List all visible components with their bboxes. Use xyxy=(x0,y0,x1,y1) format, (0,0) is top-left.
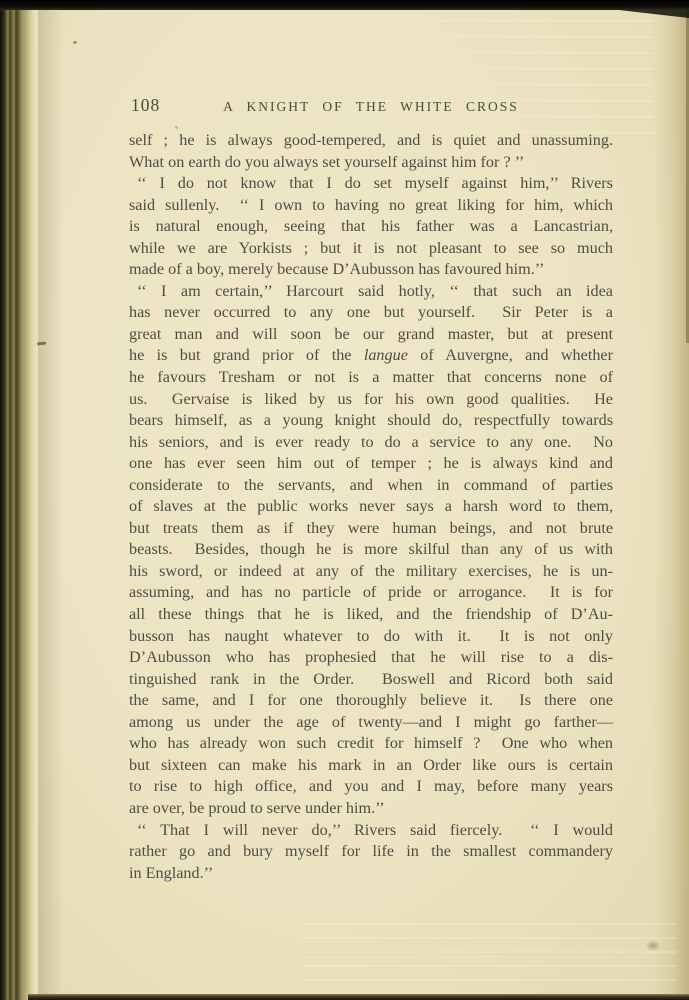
smudge-mark xyxy=(645,940,661,951)
text-line: he favours Tresham or not is a matter th… xyxy=(129,367,613,389)
text-line: bears himself, as a young knight should … xyxy=(129,410,613,432)
text-line: but sixteen can make his mark in an Orde… xyxy=(129,755,613,777)
italic-text: langue xyxy=(364,346,408,364)
ink-speck xyxy=(175,126,178,129)
text-segment: bears himself, as a young knight should … xyxy=(129,411,613,429)
text-segment: said sullenly. ‘‘ I own to having no gre… xyxy=(129,196,613,214)
text-segment: ‘‘ I do not know that I do set myself ag… xyxy=(137,174,613,192)
text-line: his seniors, and is ever ready to do a s… xyxy=(129,432,613,454)
text-segment: assuming, and has no particle of pride o… xyxy=(129,583,613,601)
text-line: but treats them as if they were human be… xyxy=(129,518,613,540)
text-line: ‘‘ I do not know that I do set myself ag… xyxy=(129,173,613,195)
text-segment: D’Aubusson who has prophesied that he wi… xyxy=(129,648,613,666)
text-segment: but sixteen can make his mark in an Orde… xyxy=(129,756,613,774)
text-line: he is but grand prior of the langue of A… xyxy=(129,345,613,367)
text-segment: in England.’’ xyxy=(129,864,213,882)
text-segment: busson has naught whatever to do with it… xyxy=(129,627,613,645)
text-line: D’Aubusson who has prophesied that he wi… xyxy=(129,647,613,669)
ink-speck xyxy=(73,41,77,44)
top-edge-bar xyxy=(0,0,689,10)
text-segment: but treats them as if they were human be… xyxy=(129,519,613,537)
text-line: tinguished rank in the Order. Boswell an… xyxy=(129,669,613,691)
text-line: said sullenly. ‘‘ I own to having no gre… xyxy=(129,195,613,217)
text-line: made of a boy, merely because D’Aubusson… xyxy=(129,259,613,281)
text-segment: considerate to the servants, and when in… xyxy=(129,476,613,494)
text-segment: the same, and I for one thoroughly belie… xyxy=(129,691,613,709)
text-segment: to rise to high office, and you and I ma… xyxy=(129,777,613,795)
text-line: has never occurred to any one but yourse… xyxy=(129,302,613,324)
text-segment: his seniors, and is ever ready to do a s… xyxy=(129,433,613,451)
text-line: are over, be proud to serve under him.’’ xyxy=(129,798,613,820)
text-segment: while we are Yorkists ; but it is not pl… xyxy=(129,239,613,257)
text-line: in England.’’ xyxy=(129,863,613,885)
text-segment: has never occurred to any one but yourse… xyxy=(129,303,613,321)
text-line: all these things that he is liked, and t… xyxy=(129,604,613,626)
text-segment: who has already won such credit for hims… xyxy=(129,734,613,752)
text-line: great man and will soon be our grand mas… xyxy=(129,324,613,346)
text-segment: self ; he is always good-tempered, and i… xyxy=(129,131,613,149)
book-page-scan: 108 A KNIGHT OF THE WHITE CROSS self ; h… xyxy=(0,0,689,1000)
text-line: ‘‘ I am certain,’’ Harcourt said hotly, … xyxy=(129,281,613,303)
text-segment: made of a boy, merely because D’Aubusson… xyxy=(129,260,544,278)
text-segment: of Auvergne, and whether xyxy=(408,346,613,364)
text-segment: rather go and bury myself for life in th… xyxy=(129,842,613,860)
text-segment: he favours Tresham or not is a matter th… xyxy=(129,368,613,386)
text-segment: his sword, or indeed at any of the milit… xyxy=(129,562,613,580)
text-segment: What on earth do you always set yourself… xyxy=(129,153,524,171)
top-right-corner-shadow xyxy=(619,10,689,18)
text-segment: are over, be proud to serve under him.’’ xyxy=(129,799,385,817)
text-line: What on earth do you always set yourself… xyxy=(129,152,613,174)
text-segment: beasts. Besides, though he is more skilf… xyxy=(129,540,613,558)
paper-streaks-top xyxy=(330,14,655,139)
text-segment: all these things that he is liked, and t… xyxy=(129,605,613,623)
text-line: assuming, and has no particle of pride o… xyxy=(129,582,613,604)
text-segment: among us under the age of twenty—and I m… xyxy=(129,713,613,731)
text-line: ‘‘ That I will never do,’’ Rivers said f… xyxy=(129,820,613,842)
text-line: busson has naught whatever to do with it… xyxy=(129,626,613,648)
text-segment: one has ever seen him out of temper ; he… xyxy=(129,454,613,472)
running-title: A KNIGHT OF THE WHITE CROSS xyxy=(129,99,613,115)
text-line: beasts. Besides, though he is more skilf… xyxy=(129,539,613,561)
text-line: his sword, or indeed at any of the milit… xyxy=(129,561,613,583)
right-page-edge xyxy=(653,0,689,1000)
text-line: while we are Yorkists ; but it is not pl… xyxy=(129,238,613,260)
text-segment: ‘‘ That I will never do,’’ Rivers said f… xyxy=(137,821,613,839)
paper-streaks-bottom xyxy=(300,918,677,990)
gutter-shadow xyxy=(38,0,64,1000)
text-segment: he is but grand prior of the xyxy=(129,346,364,364)
bottom-edge-bar xyxy=(28,994,689,1000)
text-segment: tinguished rank in the Order. Boswell an… xyxy=(129,670,613,688)
text-line: among us under the age of twenty—and I m… xyxy=(129,712,613,734)
text-block: self ; he is always good-tempered, and i… xyxy=(129,130,613,884)
text-line: to rise to high office, and you and I ma… xyxy=(129,776,613,798)
text-line: of slaves at the public works never says… xyxy=(129,496,613,518)
text-line: us. Gervaise is liked by us for his own … xyxy=(129,389,613,411)
text-line: the same, and I for one thoroughly belie… xyxy=(129,690,613,712)
text-line: considerate to the servants, and when in… xyxy=(129,475,613,497)
text-line: is natural enough, seeing that his fathe… xyxy=(129,216,613,238)
text-line: who has already won such credit for hims… xyxy=(129,733,613,755)
text-segment: us. Gervaise is liked by us for his own … xyxy=(129,390,613,408)
text-line: one has ever seen him out of temper ; he… xyxy=(129,453,613,475)
text-line: self ; he is always good-tempered, and i… xyxy=(129,130,613,152)
text-segment: is natural enough, seeing that his fathe… xyxy=(129,217,613,235)
book-binding-gutter xyxy=(0,0,38,1000)
text-line: rather go and bury myself for life in th… xyxy=(129,841,613,863)
text-segment: ‘‘ I am certain,’’ Harcourt said hotly, … xyxy=(137,282,613,300)
text-segment: of slaves at the public works never says… xyxy=(129,497,613,515)
text-segment: great man and will soon be our grand mas… xyxy=(129,325,613,343)
page-header: 108 A KNIGHT OF THE WHITE CROSS xyxy=(129,95,613,117)
